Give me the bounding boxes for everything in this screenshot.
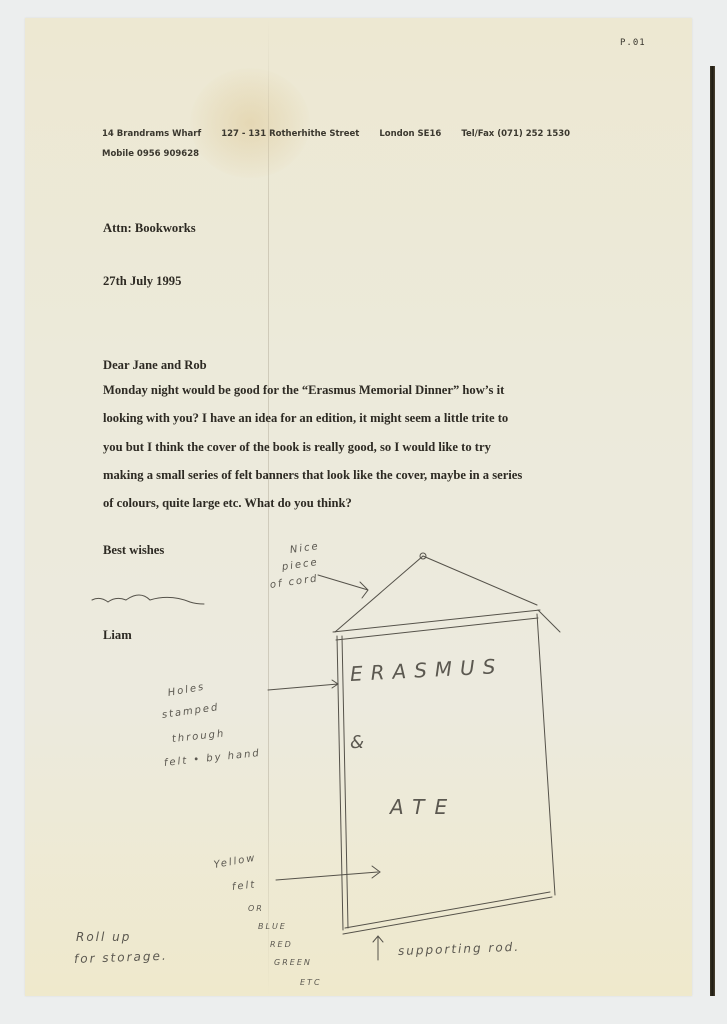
banner-sketch xyxy=(0,0,727,1024)
arrow-holes xyxy=(268,680,338,690)
arrow-cord xyxy=(318,575,368,598)
signature-squiggle xyxy=(92,595,204,604)
arrow-rod xyxy=(373,936,383,960)
arrow-yellow xyxy=(276,866,380,880)
